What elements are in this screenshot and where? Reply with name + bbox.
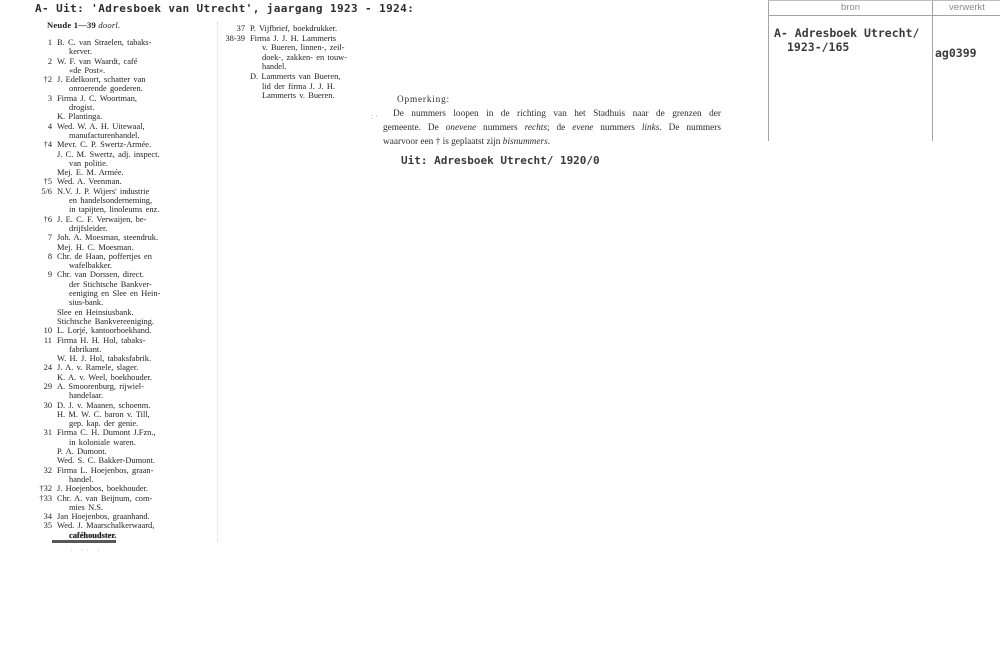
entry-text: Chr. A. van Beijnum, com- (52, 494, 152, 503)
stamp-column-header-verwerkt: verwerkt (933, 1, 1000, 15)
address-entry-line: handelaar. (30, 391, 218, 400)
address-entry-line: W. H. J. Hol, tabaksfabrik. (30, 354, 218, 363)
entry-house-number (30, 475, 52, 484)
entry-text: lid der firma J. J. H. (245, 82, 335, 92)
entry-house-number (30, 419, 52, 428)
entry-house-number: 7 (30, 233, 52, 242)
entry-text: Wed. A. Veenman. (52, 177, 122, 186)
entry-text: W. F. van Waardt, café (52, 57, 137, 66)
clipping-left-column: Neude 1—39 doorl. 1 B. C. van Straelen, … (30, 20, 218, 543)
address-entry-line: †32 J. Hoejenbos, boekhouder. (30, 484, 218, 493)
entry-text: J. Edelkoort, schatter van (52, 75, 146, 84)
entry-house-number: 8 (30, 252, 52, 261)
scan-artifact-marks: : · (371, 112, 378, 121)
entry-text: A. Smoorenburg, rijwiel- (52, 382, 144, 391)
stamp-verwerkt-value: ag0399 (933, 16, 1000, 141)
entry-text: in koloniale waren. (52, 438, 136, 447)
remark-block: : · Opmerking: De nummers loopen in de r… (383, 95, 721, 167)
remark-text-line: waarvoor een † is geplaatst zijn bisnumm… (383, 136, 721, 150)
entry-text: Jan Hoejenbos, graanhand. (52, 512, 150, 521)
address-entry-line: P. A. Dumont. (30, 447, 218, 456)
address-entry-line: gep. kap. der genie. (30, 419, 218, 428)
entry-house-number (30, 196, 52, 205)
entry-house-number: 32 (30, 466, 52, 475)
entry-house-number (30, 205, 52, 214)
address-entry-line: van politie. (30, 159, 218, 168)
entry-house-number (30, 503, 52, 512)
entry-text: der Stichtsche Bankver- (52, 280, 152, 289)
address-entry-line: †33 Chr. A. van Beijnum, com- (30, 494, 218, 503)
entry-text: Firma J. C. Woortman, (52, 94, 137, 103)
entry-text: Wed. W. A. H. Uitewaal, (52, 122, 145, 131)
entry-text: en handelsonderneming, (52, 196, 152, 205)
entry-text: handel. (52, 475, 93, 484)
address-entry-line: †5 Wed. A. Veenman. (30, 177, 218, 186)
entry-house-number (30, 289, 52, 298)
entry-house-number: 31 (30, 428, 52, 437)
address-entry-line: handel. (30, 475, 218, 484)
entry-text: Slee en Heinsiusbank. (52, 308, 134, 317)
entry-house-number (213, 72, 245, 82)
entry-text: K. A. v. Weel, boekhouder. (52, 373, 152, 382)
entry-house-number: 29 (30, 382, 52, 391)
address-entry-line: doek-, zakken- en touw- (213, 53, 378, 63)
entry-house-number (30, 224, 52, 233)
address-entry-line: 11 Firma H. H. Hol, tabaks- (30, 336, 218, 345)
entry-text: Wed. S. C. Bakker-Dumont. (52, 456, 155, 465)
address-entry-line: kerver. (30, 47, 218, 56)
address-entry-line: 30 D. J. v. Maanen, schoenm. (30, 401, 218, 410)
entry-house-number: 4 (30, 122, 52, 131)
entry-house-number (30, 456, 52, 465)
entry-house-number (30, 261, 52, 270)
address-entry-line: drogist. (30, 103, 218, 112)
address-entry-line: fabrikant. (30, 345, 218, 354)
entry-house-number: †33 (30, 494, 52, 503)
entry-text: Mej. H. C. Moesman. (52, 243, 133, 252)
remark-source-line: Uit: Adresboek Utrecht/ 1920/0 (383, 154, 721, 167)
entry-house-number (30, 112, 52, 121)
entry-text: doek-, zakken- en touw- (245, 53, 347, 63)
address-entry-line: 4 Wed. W. A. H. Uitewaal, (30, 122, 218, 131)
entry-text: P. Vijfbrief, boekdrukker. (245, 24, 337, 34)
page-title: A- Uit: 'Adresboek van Utrecht', jaargan… (35, 2, 414, 15)
address-entry-line: Lammerts v. Bueren. (213, 91, 378, 101)
address-entry-line: 10 L. Lorjé, kantoorboekhand. (30, 326, 218, 335)
address-entry-line: manufacturenhandel. (30, 131, 218, 140)
entry-text: L. Lorjé, kantoorboekhand. (52, 326, 151, 335)
entry-house-number (30, 298, 52, 307)
address-entry-line: 29 A. Smoorenburg, rijwiel- (30, 382, 218, 391)
entry-text: mies N.S. (52, 503, 103, 512)
entry-house-number (30, 308, 52, 317)
entry-text: drogist. (52, 103, 94, 112)
entry-text: D. J. v. Maanen, schoenm. (52, 401, 150, 410)
entry-house-number (30, 438, 52, 447)
entry-house-number (213, 43, 245, 53)
entry-text: D. Lammerts van Bueren, (245, 72, 340, 82)
entry-house-number (30, 280, 52, 289)
entry-text: Firma H. H. Hol, tabaks- (52, 336, 145, 345)
entry-text: v. Bueren, linnen-, zeil- (245, 43, 345, 53)
entry-house-number (30, 103, 52, 112)
entry-house-number (30, 159, 52, 168)
entry-house-number: 10 (30, 326, 52, 335)
address-entry-line: J. C. M. Swertz, adj. inspect. (30, 150, 218, 159)
entry-house-number: †4 (30, 140, 52, 149)
address-list-left: 1 B. C. van Straelen, tabaks- kerver. 2 … (30, 38, 218, 543)
scan-speckles: · ·· · (70, 546, 103, 555)
entry-house-number (30, 131, 52, 140)
address-entry-line: 8 Chr. de Haan, poffertjes en (30, 252, 218, 261)
entry-house-number (30, 168, 52, 177)
source-stamp-table: bron verwerkt A- Adresboek Utrecht/ 1923… (768, 0, 1000, 141)
entry-text: Lammerts v. Bueren. (245, 91, 335, 101)
entry-house-number: 1 (30, 38, 52, 47)
entry-house-number: 38-39 (213, 34, 245, 44)
address-entry-line: sius-bank. (30, 298, 218, 307)
entry-house-number (213, 62, 245, 72)
address-entry-line: †6 J. E. C. F. Verwaijen, be- (30, 215, 218, 224)
entry-text: Wed. J. Maarschalkerwaard, (52, 521, 154, 530)
address-entry-line: in tapijten, linoleums enz. (30, 205, 218, 214)
address-entry-line: 7 Joh. A. Moesman, steendruk. (30, 233, 218, 242)
entry-text: Joh. A. Moesman, steendruk. (52, 233, 158, 242)
entry-text: Firma C. H. Dumont J.Fzn., (52, 428, 156, 437)
entry-text: Chr. van Dorssen, direct. (52, 270, 144, 279)
entry-text: Firma L. Hoejenbos, graan- (52, 466, 153, 475)
address-entry-line: caféhoudster. (30, 531, 218, 543)
entry-text: Stichtsche Bankvereeniging. (52, 317, 154, 326)
entry-house-number (30, 150, 52, 159)
address-entry-line: in koloniale waren. (30, 438, 218, 447)
entry-text: Firma J. J. H. Lammerts (245, 34, 336, 44)
stamp-bron-value-line2: 1923-/165 (774, 40, 932, 54)
address-entry-line: 34 Jan Hoejenbos, graanhand. (30, 512, 218, 521)
address-entry-line: 2 W. F. van Waardt, café (30, 57, 218, 66)
entry-text: W. H. J. Hol, tabaksfabrik. (52, 354, 151, 363)
entry-text: J. Hoejenbos, boekhouder. (52, 484, 148, 493)
entry-house-number (30, 317, 52, 326)
entry-text: J. A. v. Ramele, slager. (52, 363, 138, 372)
entry-house-number (30, 410, 52, 419)
entry-text: J. E. C. F. Verwaijen, be- (52, 215, 146, 224)
stamp-column-header-bron: bron (769, 1, 933, 15)
stamp-bron-value: A- Adresboek Utrecht/ 1923-/165 (769, 16, 933, 141)
entry-house-number (30, 84, 52, 93)
address-entry-line: Stichtsche Bankvereeniging. (30, 317, 218, 326)
address-entry-line: K. Plantinga. (30, 112, 218, 121)
address-entry-line: 1 B. C. van Straelen, tabaks- (30, 38, 218, 47)
address-entry-line: 38-39 Firma J. J. H. Lammerts (213, 34, 378, 44)
entry-house-number (30, 447, 52, 456)
address-entry-line: «de Post». (30, 66, 218, 75)
entry-text: «de Post». (52, 66, 105, 75)
address-entry-line: 35 Wed. J. Maarschalkerwaard, (30, 521, 218, 530)
entry-text: onroerende goederen. (52, 84, 143, 93)
address-entry-line: Mej. H. C. Moesman. (30, 243, 218, 252)
entry-text: gep. kap. der genie. (52, 419, 138, 428)
stamp-bron-value-line1: A- Adresboek Utrecht/ (774, 26, 932, 40)
address-entry-line: 5/6 N.V. J. P. Wijers' industrie (30, 187, 218, 196)
address-entry-line: Mej. E. M. Armée. (30, 168, 218, 177)
entry-text: Mej. E. M. Armée. (52, 168, 124, 177)
entry-text: drijfsleider. (52, 224, 107, 233)
entry-house-number (30, 531, 52, 543)
entry-house-number (30, 391, 52, 400)
address-entry-line: wafelbakker. (30, 261, 218, 270)
address-entry-line: †2 J. Edelkoort, schatter van (30, 75, 218, 84)
entry-house-number (213, 53, 245, 63)
remark-paragraph: De nummers loopen in de richting van het… (383, 108, 721, 149)
address-entry-line: 32 Firma L. Hoejenbos, graan- (30, 466, 218, 475)
address-entry-line: der Stichtsche Bankver- (30, 280, 218, 289)
stamp-table-header-row: bron verwerkt (769, 1, 1000, 16)
entry-house-number (30, 354, 52, 363)
address-entry-line: †4 Mevr. C. P. Swertz-Armée. (30, 140, 218, 149)
address-list-right: 37 P. Vijfbrief, boekdrukker. 38-39 Firm… (213, 24, 378, 101)
entry-text: B. C. van Straelen, tabaks- (52, 38, 151, 47)
address-entry-line: onroerende goederen. (30, 84, 218, 93)
entry-house-number: 24 (30, 363, 52, 372)
entry-house-number: †2 (30, 75, 52, 84)
entry-house-number (213, 82, 245, 92)
address-entry-line: Wed. S. C. Bakker-Dumont. (30, 456, 218, 465)
stamp-table-value-row: A- Adresboek Utrecht/ 1923-/165 ag0399 (769, 16, 1000, 141)
address-entry-line: lid der firma J. J. H. (213, 82, 378, 92)
entry-text: J. C. M. Swertz, adj. inspect. (52, 150, 160, 159)
entry-house-number: 9 (30, 270, 52, 279)
address-entry-line: 31 Firma C. H. Dumont J.Fzn., (30, 428, 218, 437)
entry-text: Chr. de Haan, poffertjes en (52, 252, 152, 261)
entry-text: caféhoudster. (52, 531, 116, 543)
address-entry-line: en handelsonderneming, (30, 196, 218, 205)
entry-house-number: †32 (30, 484, 52, 493)
address-entry-line: 3 Firma J. C. Woortman, (30, 94, 218, 103)
address-entry-line: K. A. v. Weel, boekhouder. (30, 373, 218, 382)
remark-text-line: gemeente. De onevene nummers rechts; de … (383, 122, 721, 136)
entry-text: kerver. (52, 47, 92, 56)
entry-text: manufacturenhandel. (52, 131, 139, 140)
remark-heading: Opmerking: (383, 95, 721, 105)
entry-house-number (30, 243, 52, 252)
entry-text: Mevr. C. P. Swertz-Armée. (52, 140, 151, 149)
entry-text: N.V. J. P. Wijers' industrie (52, 187, 149, 196)
address-entry-line: handel. (213, 62, 378, 72)
address-entry-line: 9 Chr. van Dorssen, direct. (30, 270, 218, 279)
entry-text: K. Plantinga. (52, 112, 102, 121)
entry-house-number: 11 (30, 336, 52, 345)
address-entry-line: 37 P. Vijfbrief, boekdrukker. (213, 24, 378, 34)
clipping-middle-column: 37 P. Vijfbrief, boekdrukker. 38-39 Firm… (213, 24, 378, 101)
address-entry-line: drijfsleider. (30, 224, 218, 233)
entry-house-number: †5 (30, 177, 52, 186)
entry-house-number: 34 (30, 512, 52, 521)
street-heading: Neude 1—39 doorl. (30, 20, 218, 30)
entry-text: in tapijten, linoleums enz. (52, 205, 159, 214)
entry-text: handel. (245, 62, 286, 72)
entry-text: van politie. (52, 159, 108, 168)
entry-house-number (30, 373, 52, 382)
entry-house-number (213, 91, 245, 101)
address-entry-line: v. Bueren, linnen-, zeil- (213, 43, 378, 53)
entry-text: handelaar. (52, 391, 103, 400)
entry-text: sius-bank. (52, 298, 103, 307)
address-entry-line: 24 J. A. v. Ramele, slager. (30, 363, 218, 372)
entry-text: P. A. Dumont. (52, 447, 107, 456)
entry-house-number: 30 (30, 401, 52, 410)
remark-text-line: De nummers loopen in de richting van het… (383, 108, 721, 122)
entry-house-number (30, 345, 52, 354)
address-entry-line: Slee en Heinsiusbank. (30, 308, 218, 317)
address-entry-line: mies N.S. (30, 503, 218, 512)
entry-house-number: 2 (30, 57, 52, 66)
address-entry-line: D. Lammerts van Bueren, (213, 72, 378, 82)
entry-text: fabrikant. (52, 345, 101, 354)
address-entry-line: eeniging en Slee en Hein- (30, 289, 218, 298)
entry-house-number: 37 (213, 24, 245, 34)
entry-text: H. M. W. C. baron v. Till, (52, 410, 150, 419)
entry-house-number (30, 66, 52, 75)
entry-house-number: 5/6 (30, 187, 52, 196)
entry-text: wafelbakker. (52, 261, 112, 270)
entry-text: eeniging en Slee en Hein- (52, 289, 160, 298)
entry-house-number (30, 47, 52, 56)
entry-house-number: 3 (30, 94, 52, 103)
address-entry-line: H. M. W. C. baron v. Till, (30, 410, 218, 419)
entry-house-number: †6 (30, 215, 52, 224)
entry-house-number: 35 (30, 521, 52, 530)
